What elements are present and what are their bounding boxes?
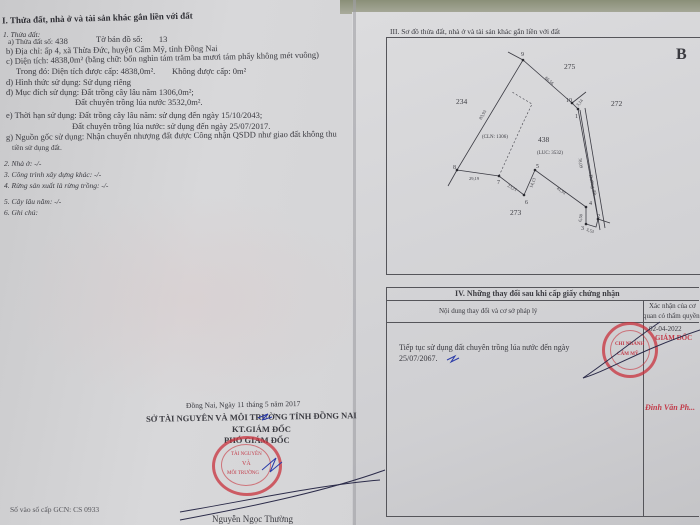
signature-strokes: [0, 0, 700, 525]
